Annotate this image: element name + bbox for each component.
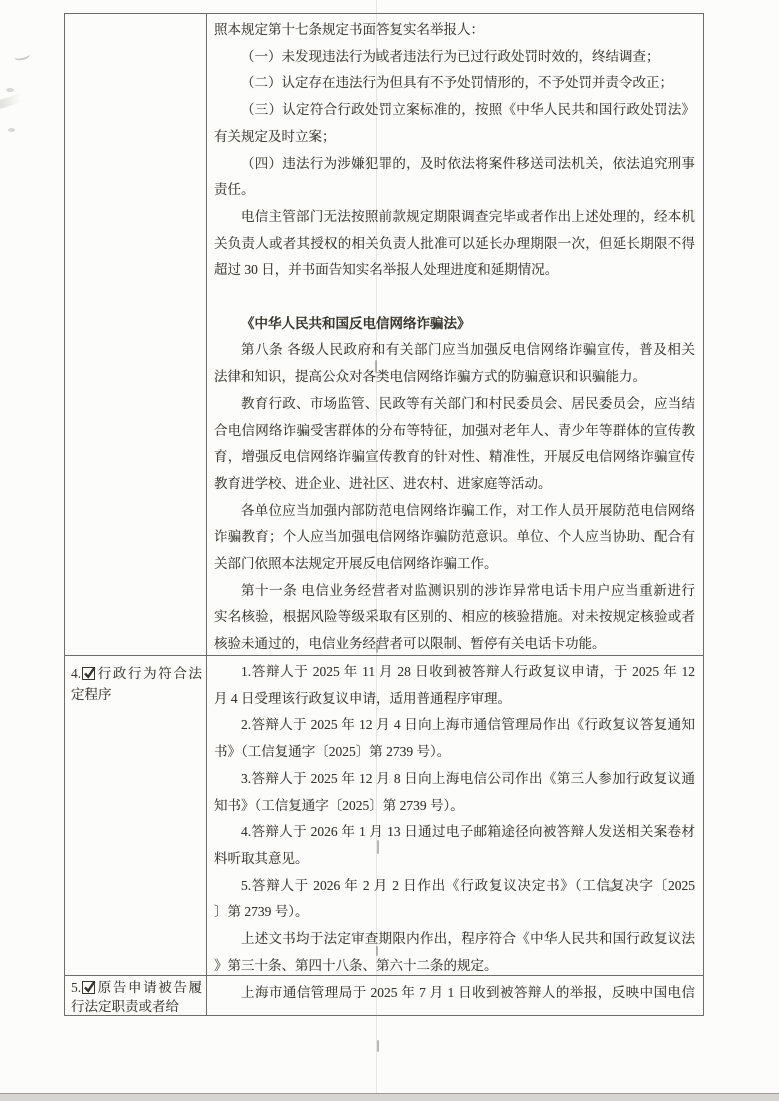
scan-crease-mark xyxy=(377,1040,379,1052)
scan-edge-band xyxy=(0,1093,779,1101)
checked-checkbox-icon xyxy=(82,667,95,680)
text-line: 1.答辩人于 2025 年 11 月 28 日收到被答辩人行政复议申请，于 20… xyxy=(214,659,695,686)
blank-line xyxy=(214,284,695,311)
scan-smudge xyxy=(0,93,23,110)
text-line: 月 4 日受理该行政复议申请，适用普通程序审理。 xyxy=(214,686,695,713)
text-line: 法律和知识，提高公众对各类电信网络诈骗方式的防骗意识和识骗能力。 xyxy=(214,364,695,391)
text-line: 第八条 各级人民政府和有关部门应当加强反电信网络诈骗宣传，普及相关 xyxy=(214,337,695,364)
text-line: 照本规定第十七条规定书面答复实名举报人： xyxy=(214,17,695,44)
text-line: 2.答辩人于 2025 年 12 月 4 日向上海市通信管理局作出《行政复议答复… xyxy=(214,712,695,739)
criteria-cell xyxy=(65,14,207,655)
review-table: 照本规定第十七条规定书面答复实名举报人：（一）未发现违法行为或者违法行为已过行政… xyxy=(64,13,704,1016)
text-line: 关部门依照本法规定开展反电信网络诈骗工作。 xyxy=(214,551,695,578)
content-cell: 照本规定第十七条规定书面答复实名举报人：（一）未发现违法行为或者违法行为已过行政… xyxy=(207,14,703,655)
scan-smudge xyxy=(13,50,30,61)
table-row: 照本规定第十七条规定书面答复实名举报人：（一）未发现违法行为或者违法行为已过行政… xyxy=(65,14,703,655)
criteria-cell: 5.原告申请被告履行法定职责或者给 xyxy=(65,976,207,1015)
table-row: 4.行政行为符合法定程序1.答辩人于 2025 年 11 月 28 日收到被答辩… xyxy=(65,655,703,975)
text-line: 教育进学校、进企业、进社区、进农村、进家庭等活动。 xyxy=(214,471,695,498)
text-line: 3.答辩人于 2025 年 12 月 8 日向上海电信公司作出《第三人参加行政复… xyxy=(214,766,695,793)
text-line: （一）未发现违法行为或者违法行为已过行政处罚时效的，终结调查； xyxy=(214,44,695,71)
table-row: 5.原告申请被告履行法定职责或者给上海市通信管理局于 2025 年 7 月 1 … xyxy=(65,975,703,1015)
text-line: 育，增强反电信网络诈骗宣传教育的针对性、精准性，开展反电信网络诈骗宣传 xyxy=(214,444,695,471)
text-line: 第十一条 电信业务经营者对监测识别的涉诈异常电话卡用户应当重新进行 xyxy=(214,578,695,605)
text-line: 超过 30 日，并书面告知实名举报人处理进度和延期情况。 xyxy=(214,257,695,284)
text-line: 》第三十条、第四十八条、第六十二条的规定。 xyxy=(214,953,695,975)
text-line: 书》（工信复通字〔2025〕第 2739 号）。 xyxy=(214,739,695,766)
text-line: 料听取其意见。 xyxy=(214,846,695,873)
content-cell: 上海市通信管理局于 2025 年 7 月 1 日收到被答辩人的举报，反映中国电信 xyxy=(207,976,703,1015)
text-line: 4.答辩人于 2026 年 1 月 13 日通过电子邮箱途径向被答辩人发送相关案… xyxy=(214,819,695,846)
text-line: 实名核验，根据风险等级采取有区别的、相应的核验措施。对未按规定核验或者 xyxy=(214,604,695,631)
text-line: 〕第 2739 号）。 xyxy=(214,899,695,926)
item-number: 4. xyxy=(71,666,81,681)
text-line: 诈骗教育；个人应当加强电信网络诈骗防范意识。单位、个人应当协助、配合有 xyxy=(214,524,695,551)
text-line: 《中华人民共和国反电信网络诈骗法》 xyxy=(214,311,695,338)
text-line: 5.答辩人于 2026 年 2 月 2 日作出《行政复议决定书》（工信复决字〔2… xyxy=(214,873,695,900)
text-line: 上述文书均于法定审查期限内作出，程序符合《中华人民共和国行政复议法 xyxy=(214,926,695,953)
text-line: 上海市通信管理局于 2025 年 7 月 1 日收到被答辩人的举报，反映中国电信 xyxy=(214,980,695,1007)
text-line: 责任。 xyxy=(214,177,695,204)
text-line: （三）认定符合行政处罚立案标准的，按照《中华人民共和国行政处罚法》 xyxy=(214,97,695,124)
text-line: 教育行政、市场监管、民政等有关部门和村民委员会、居民委员会，应当结 xyxy=(214,391,695,418)
checked-checkbox-icon xyxy=(82,981,95,994)
text-line: 合电信网络诈骗受害群体的分布等特征，加强对老年人、青少年等群体的宣传教 xyxy=(214,418,695,445)
item-number: 5. xyxy=(71,980,81,995)
text-line: 各单位应当加强内部防范电信网络诈骗工作，对工作人员开展防范电信网络 xyxy=(214,498,695,525)
text-line: 有关规定及时立案； xyxy=(214,124,695,151)
text-line: （四）违法行为涉嫌犯罪的，及时依法将案件移送司法机关，依法追究刑事 xyxy=(214,151,695,178)
scan-smudge xyxy=(6,88,14,92)
text-line: 关负责人或者其授权的相关负责人批准可以延长办理期限一次，但延长期限不得 xyxy=(214,231,695,258)
scan-smudge xyxy=(8,128,15,132)
criteria-cell: 4.行政行为符合法定程序 xyxy=(65,656,207,975)
text-line: 知书》（工信复通字〔2025〕第 2739 号）。 xyxy=(214,793,695,820)
text-line: （二）认定存在违法行为但具有不予处罚情形的，不予处罚并责令改正； xyxy=(214,70,695,97)
text-line: 电信主管部门无法按照前款规定期限调查完毕或者作出上述处理的，经本机 xyxy=(214,204,695,231)
content-cell: 1.答辩人于 2025 年 11 月 28 日收到被答辩人行政复议申请，于 20… xyxy=(207,656,703,975)
text-line: 核验未通过的，电信业务经营者可以限制、暂停有关电话卡功能。 xyxy=(214,631,695,655)
